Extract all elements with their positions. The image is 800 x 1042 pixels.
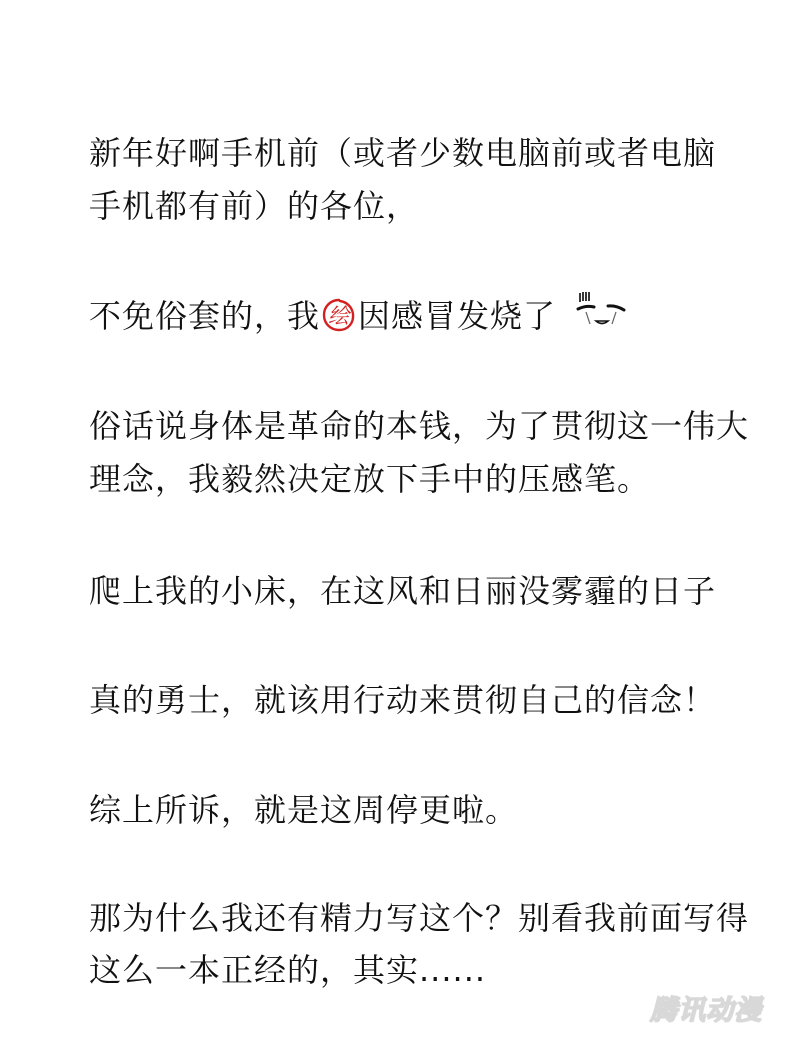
text-line-3-after: 因感冒发烧了	[358, 297, 556, 335]
text-line-6: 爬上我的小床，在这风和日丽没雾霾的日子	[89, 573, 716, 609]
text-line-2: 手机都有前）的各位，	[89, 188, 419, 224]
text-line-3-before: 不免俗套的，我	[89, 297, 320, 335]
text-line-4: 俗话说身体是革命的本钱，为了贯彻这一伟大	[89, 408, 749, 444]
tencent-comics-watermark: 腾讯动漫	[650, 988, 780, 1022]
red-circled-hui-stamp-icon: 绘	[322, 298, 356, 332]
text-line-10: 这么一本正经的，其实......	[89, 952, 486, 988]
text-line-5: 理念，我毅然决定放下手中的压感笔。	[89, 461, 650, 497]
svg-text:绘: 绘	[328, 304, 352, 328]
text-line-8: 综上所诉，就是这周停更啦。	[89, 792, 518, 828]
text-line-7: 真的勇士，就该用行动来贯彻自己的信念！	[89, 682, 716, 718]
text-line-3: 不免俗套的，我 绘 因感冒发烧了	[89, 298, 630, 338]
sweating-smile-face-icon	[572, 290, 630, 330]
text-line-1: 新年好啊手机前（或者少数电脑前或者电脑	[89, 135, 716, 171]
text-line-9: 那为什么我还有精力写这个？别看我前面写得	[89, 900, 749, 936]
